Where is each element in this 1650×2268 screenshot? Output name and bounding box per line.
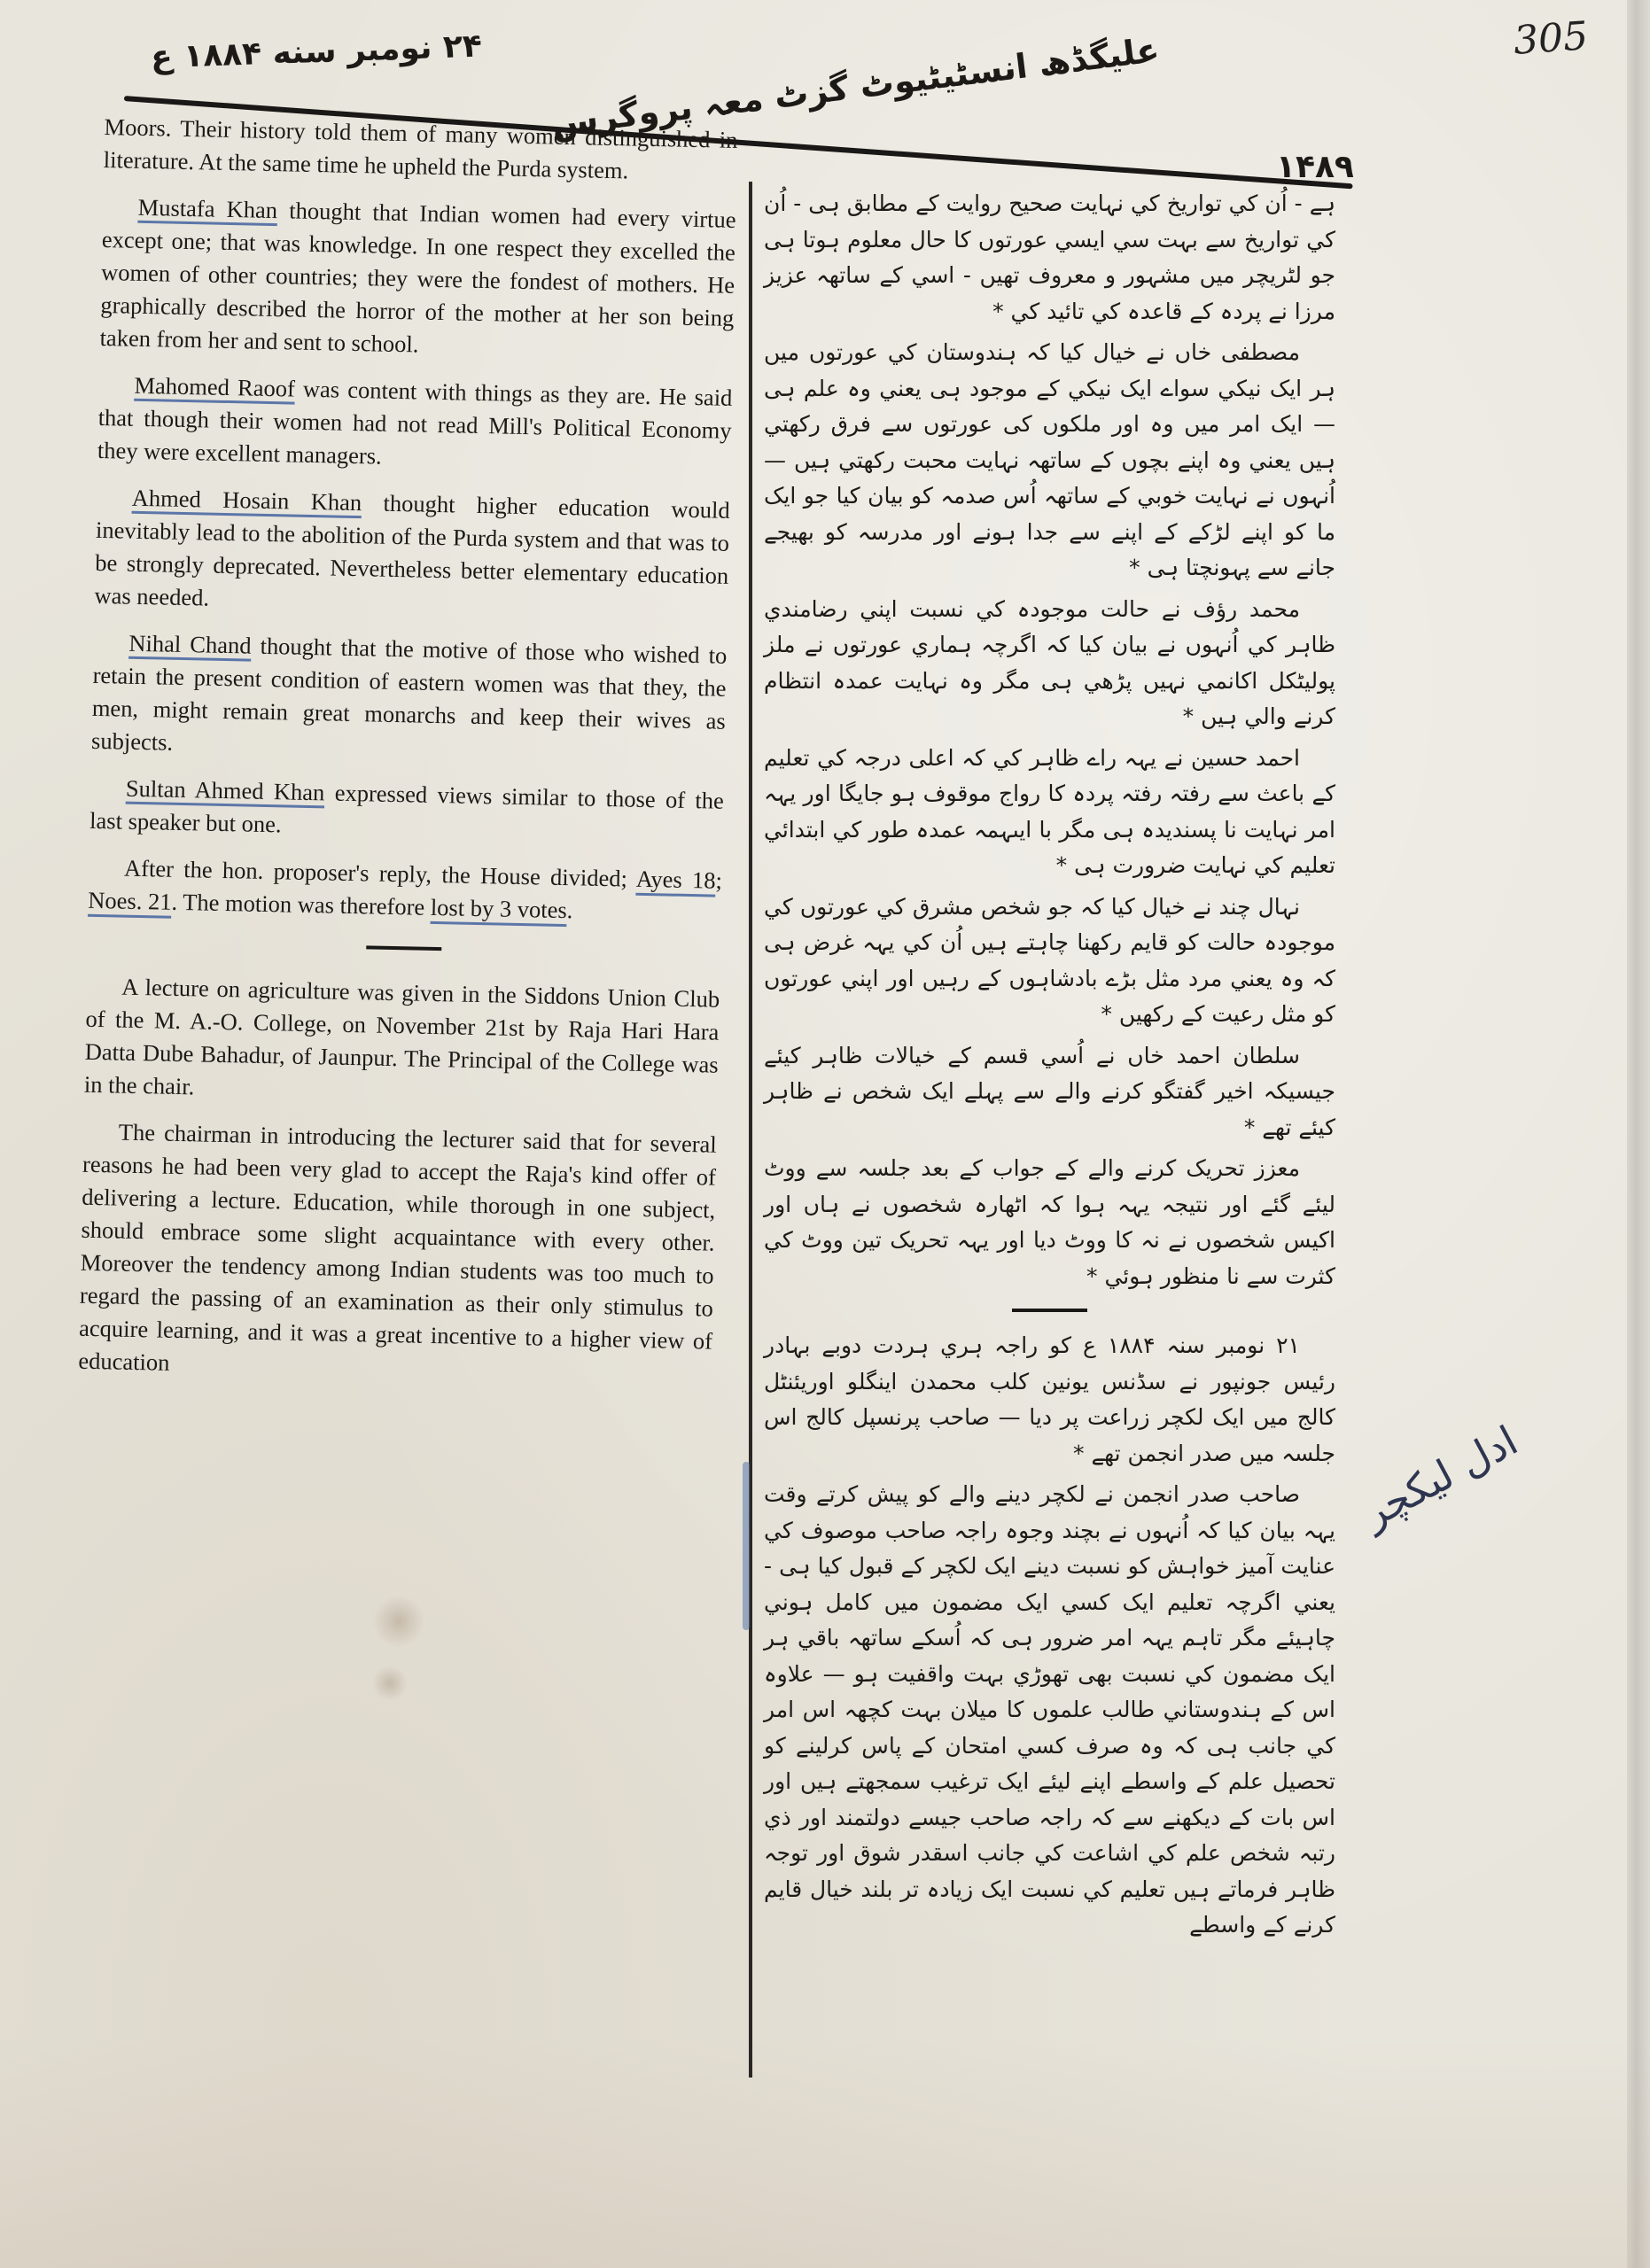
issue-date: ۲۴ نومبر سنه ۱۸۸۴ ع: [150, 27, 482, 75]
separator-text: ;: [715, 867, 722, 894]
urdu-paragraph: ہے - اُن کي تواریخ کي نہایت صحیح روایت ک…: [764, 186, 1335, 330]
division-mid-text: . The motion was therefore: [171, 889, 431, 920]
paragraph: Moors. Their history told them of many w…: [103, 111, 737, 190]
speaker-name: Nihal Chand: [128, 630, 252, 659]
division-lead-text: After the hon. proposer's reply, the Hou…: [124, 855, 636, 892]
urdu-lecture-paragraph: صاحب صدر انجمن نے لکچر دینے والے کو پیش …: [764, 1477, 1335, 1944]
speaker-name: Ahmed Hosain Khan: [132, 485, 362, 516]
handwritten-margin-note: ادل لیکچر: [1354, 1417, 1525, 1538]
urdu-paragraph: نہال چند نے خیال کیا کہ جو شخص مشرق کي ع…: [764, 889, 1335, 1033]
english-column: Moors. Their history told them of many w…: [78, 111, 738, 1405]
paper-shading: [0, 2038, 1650, 2268]
noes-count: Noes. 21: [88, 887, 172, 915]
paragraph: Sultan Ahmed Khan expressed views simila…: [90, 772, 724, 850]
section-divider: [366, 945, 441, 951]
urdu-paragraph: مصطفی خاں نے خیال کیا کہ ہندوستان کي عور…: [764, 335, 1335, 586]
section-divider: [1012, 1309, 1087, 1312]
motion-result: lost by 3 votes: [431, 894, 567, 923]
speaker-name: Mahomed Raoof: [134, 372, 295, 402]
urdu-paragraph: محمد رؤف نے حالت موجودہ کي نسبت اپني رضا…: [764, 592, 1335, 735]
division-end-text: .: [566, 897, 572, 923]
urdu-column: ہے - اُن کي تواریخ کي نہایت صحیح روایت ک…: [764, 186, 1335, 1949]
speaker-name: Sultan Ahmed Khan: [126, 775, 325, 806]
page-edge-shadow: [1627, 0, 1650, 2268]
column-divider: [749, 182, 752, 2078]
paragraph-text: Moors. Their history told them of many w…: [104, 113, 738, 183]
paper-stain: [372, 1595, 425, 1648]
handwritten-folio-number: 305: [1512, 13, 1589, 64]
speaker-name: Mustafa Khan: [137, 194, 277, 223]
lecture-paragraph: A lecture on agriculture was given in th…: [84, 970, 720, 1115]
division-result-paragraph: After the hon. proposer's reply, the Hou…: [88, 851, 722, 930]
urdu-paragraph: معزز تحریک کرنے والے کے جواب کے بعد جلسہ…: [764, 1151, 1335, 1294]
pencil-margin-mark: [743, 1462, 750, 1630]
paragraph: Mustafa Khan thought that Indian women h…: [99, 190, 736, 368]
newspaper-page: 305 ۲۴ نومبر سنه ۱۸۸۴ ع علیگڈھ انسٹیٹیوٹ…: [0, 0, 1650, 2268]
ayes-count: Ayes 18: [635, 866, 715, 894]
paragraph: Nihal Chand thought that the motive of t…: [91, 626, 728, 771]
paragraph: Mahomed Raoof was content with things as…: [97, 369, 733, 480]
paper-stain: [372, 1666, 408, 1701]
urdu-paragraph: احمد حسین نے یہہ راے ظاہر کي کہ اعلی درج…: [764, 741, 1335, 884]
paragraph: Ahmed Hosain Khan thought higher educati…: [94, 481, 730, 625]
lecture-paragraph: The chairman in introducing the lecturer…: [78, 1115, 717, 1391]
urdu-paragraph: سلطان احمد خاں نے اُسي قسم کے خیالات ظاہ…: [764, 1038, 1335, 1146]
urdu-lecture-paragraph: ۲۱ نومبر سنہ ۱۸۸۴ ع کو راجہ ہري ہردت دوب…: [764, 1328, 1335, 1472]
